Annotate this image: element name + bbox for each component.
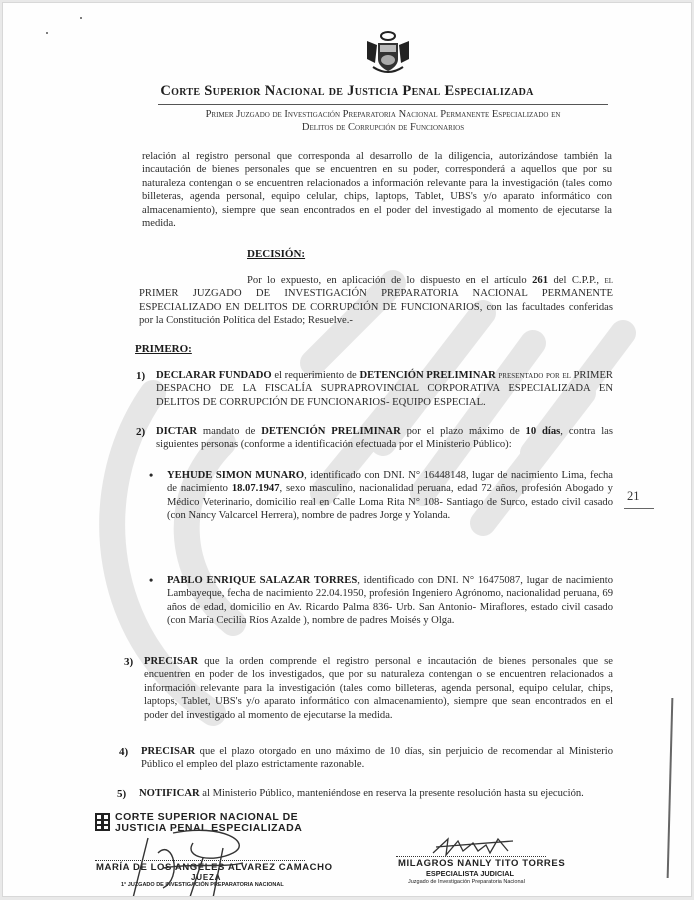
bullet-icon: • bbox=[149, 573, 153, 588]
clerk-title: ESPECIALISTA JUDICIAL bbox=[426, 869, 514, 878]
item-verb: PRECISAR bbox=[141, 746, 195, 757]
item-bold: DETENCIÓN PRELIMINAR bbox=[359, 370, 495, 381]
decision-paragraph: Por lo expuesto, en aplicación de lo dis… bbox=[139, 274, 613, 328]
scan-speck bbox=[46, 32, 48, 34]
item-number: 1) bbox=[136, 370, 145, 382]
intro-paragraph: relación al registro personal que corres… bbox=[142, 150, 612, 230]
item-verb: DECLARAR FUNDADO bbox=[156, 370, 272, 381]
scan-edge-mark bbox=[667, 698, 674, 878]
item-text: al Ministerio Público, manteniéndose en … bbox=[200, 788, 584, 799]
item-number: 3) bbox=[124, 656, 133, 668]
resolution-item-3: PRECISAR que la orden comprende el regis… bbox=[144, 655, 613, 722]
resolution-item-1: DECLARAR FUNDADO el requerimiento de DET… bbox=[156, 369, 613, 409]
judge-title: JUEZA bbox=[191, 873, 221, 882]
item-verb: DICTAR bbox=[156, 426, 197, 437]
item-text: por el plazo máximo de bbox=[401, 426, 526, 437]
judiciary-logo-icon bbox=[95, 813, 110, 831]
person-birthdate: 18.07.1947 bbox=[232, 483, 280, 494]
header-rule bbox=[158, 104, 608, 105]
item-number: 4) bbox=[119, 746, 128, 758]
item-text: el requerimiento de bbox=[272, 370, 360, 381]
item-bold: 10 días bbox=[526, 426, 561, 437]
clerk-office: Juzgado de Investigación Preparatoria Na… bbox=[408, 879, 525, 885]
clerk-signature bbox=[428, 831, 518, 859]
item-number: 5) bbox=[117, 788, 126, 800]
decision-heading: DECISIÓN: bbox=[247, 248, 305, 260]
code-ref: del C.P.P., bbox=[553, 275, 599, 286]
stamp-line: JUSTICIA PENAL ESPECIALIZADA bbox=[115, 823, 302, 834]
person-entry-2: PABLO ENRIQUE SALAZAR TORRES, identifica… bbox=[167, 574, 613, 628]
clerk-name: MILAGROS NANLY TITO TORRES bbox=[398, 858, 565, 869]
resolution-item-4: PRECISAR que el plazo otorgado en uno má… bbox=[141, 745, 613, 772]
page-number: 21 bbox=[627, 489, 640, 504]
judge-signature-line bbox=[95, 860, 305, 861]
item-verb: NOTIFICAR bbox=[139, 788, 200, 799]
scan-speck bbox=[80, 17, 82, 19]
court-subtitle: Primer Juzgado de Investigación Preparat… bbox=[153, 108, 613, 134]
decision-lead: Por lo expuesto, en aplicación de lo dis… bbox=[247, 275, 527, 286]
page-number-rule bbox=[624, 508, 654, 509]
person-name: PABLO ENRIQUE SALAZAR TORRES bbox=[167, 575, 357, 586]
item-text: que el plazo otorgado en uno máximo de 1… bbox=[141, 746, 613, 770]
item-text: que la orden comprende el registro perso… bbox=[144, 656, 613, 721]
person-name: YEHUDE SIMON MUNARO bbox=[167, 470, 304, 481]
item-text: mandato de bbox=[197, 426, 261, 437]
primero-heading: PRIMERO: bbox=[135, 343, 192, 355]
item-number: 2) bbox=[136, 426, 145, 438]
court-subtitle-line1: Primer Juzgado de Investigación Preparat… bbox=[153, 108, 613, 121]
item-verb: PRECISAR bbox=[144, 656, 198, 667]
bullet-icon: • bbox=[149, 468, 153, 483]
document-page: Corte Superior Nacional de Justicia Pena… bbox=[2, 2, 692, 897]
article-number: 261 bbox=[532, 275, 548, 286]
clerk-signature-line bbox=[396, 856, 546, 857]
judge-office: 1° JUZGADO DE INVESTIGACIÓN PREPARATORIA… bbox=[121, 882, 284, 888]
resolution-item-2: DICTAR mandato de DETENCIÓN PRELIMINAR p… bbox=[156, 425, 613, 452]
resolution-item-5: NOTIFICAR al Ministerio Público, manteni… bbox=[139, 787, 613, 800]
judge-name: MARÍA DE LOS ANGELES ALVAREZ CAMACHO bbox=[96, 862, 333, 873]
court-subtitle-line2: Delitos de Corrupción de Funcionarios bbox=[153, 121, 613, 134]
judge-stamp-court: CORTE SUPERIOR NACIONAL DE JUSTICIA PENA… bbox=[115, 812, 302, 834]
court-name: Corte Superior Nacional de Justicia Pena… bbox=[3, 83, 691, 100]
person-entry-1: YEHUDE SIMON MUNARO, identificado con DN… bbox=[167, 469, 613, 523]
peru-coat-of-arms-icon bbox=[363, 29, 413, 77]
item-bold: DETENCIÓN PRELIMINAR bbox=[261, 426, 401, 437]
